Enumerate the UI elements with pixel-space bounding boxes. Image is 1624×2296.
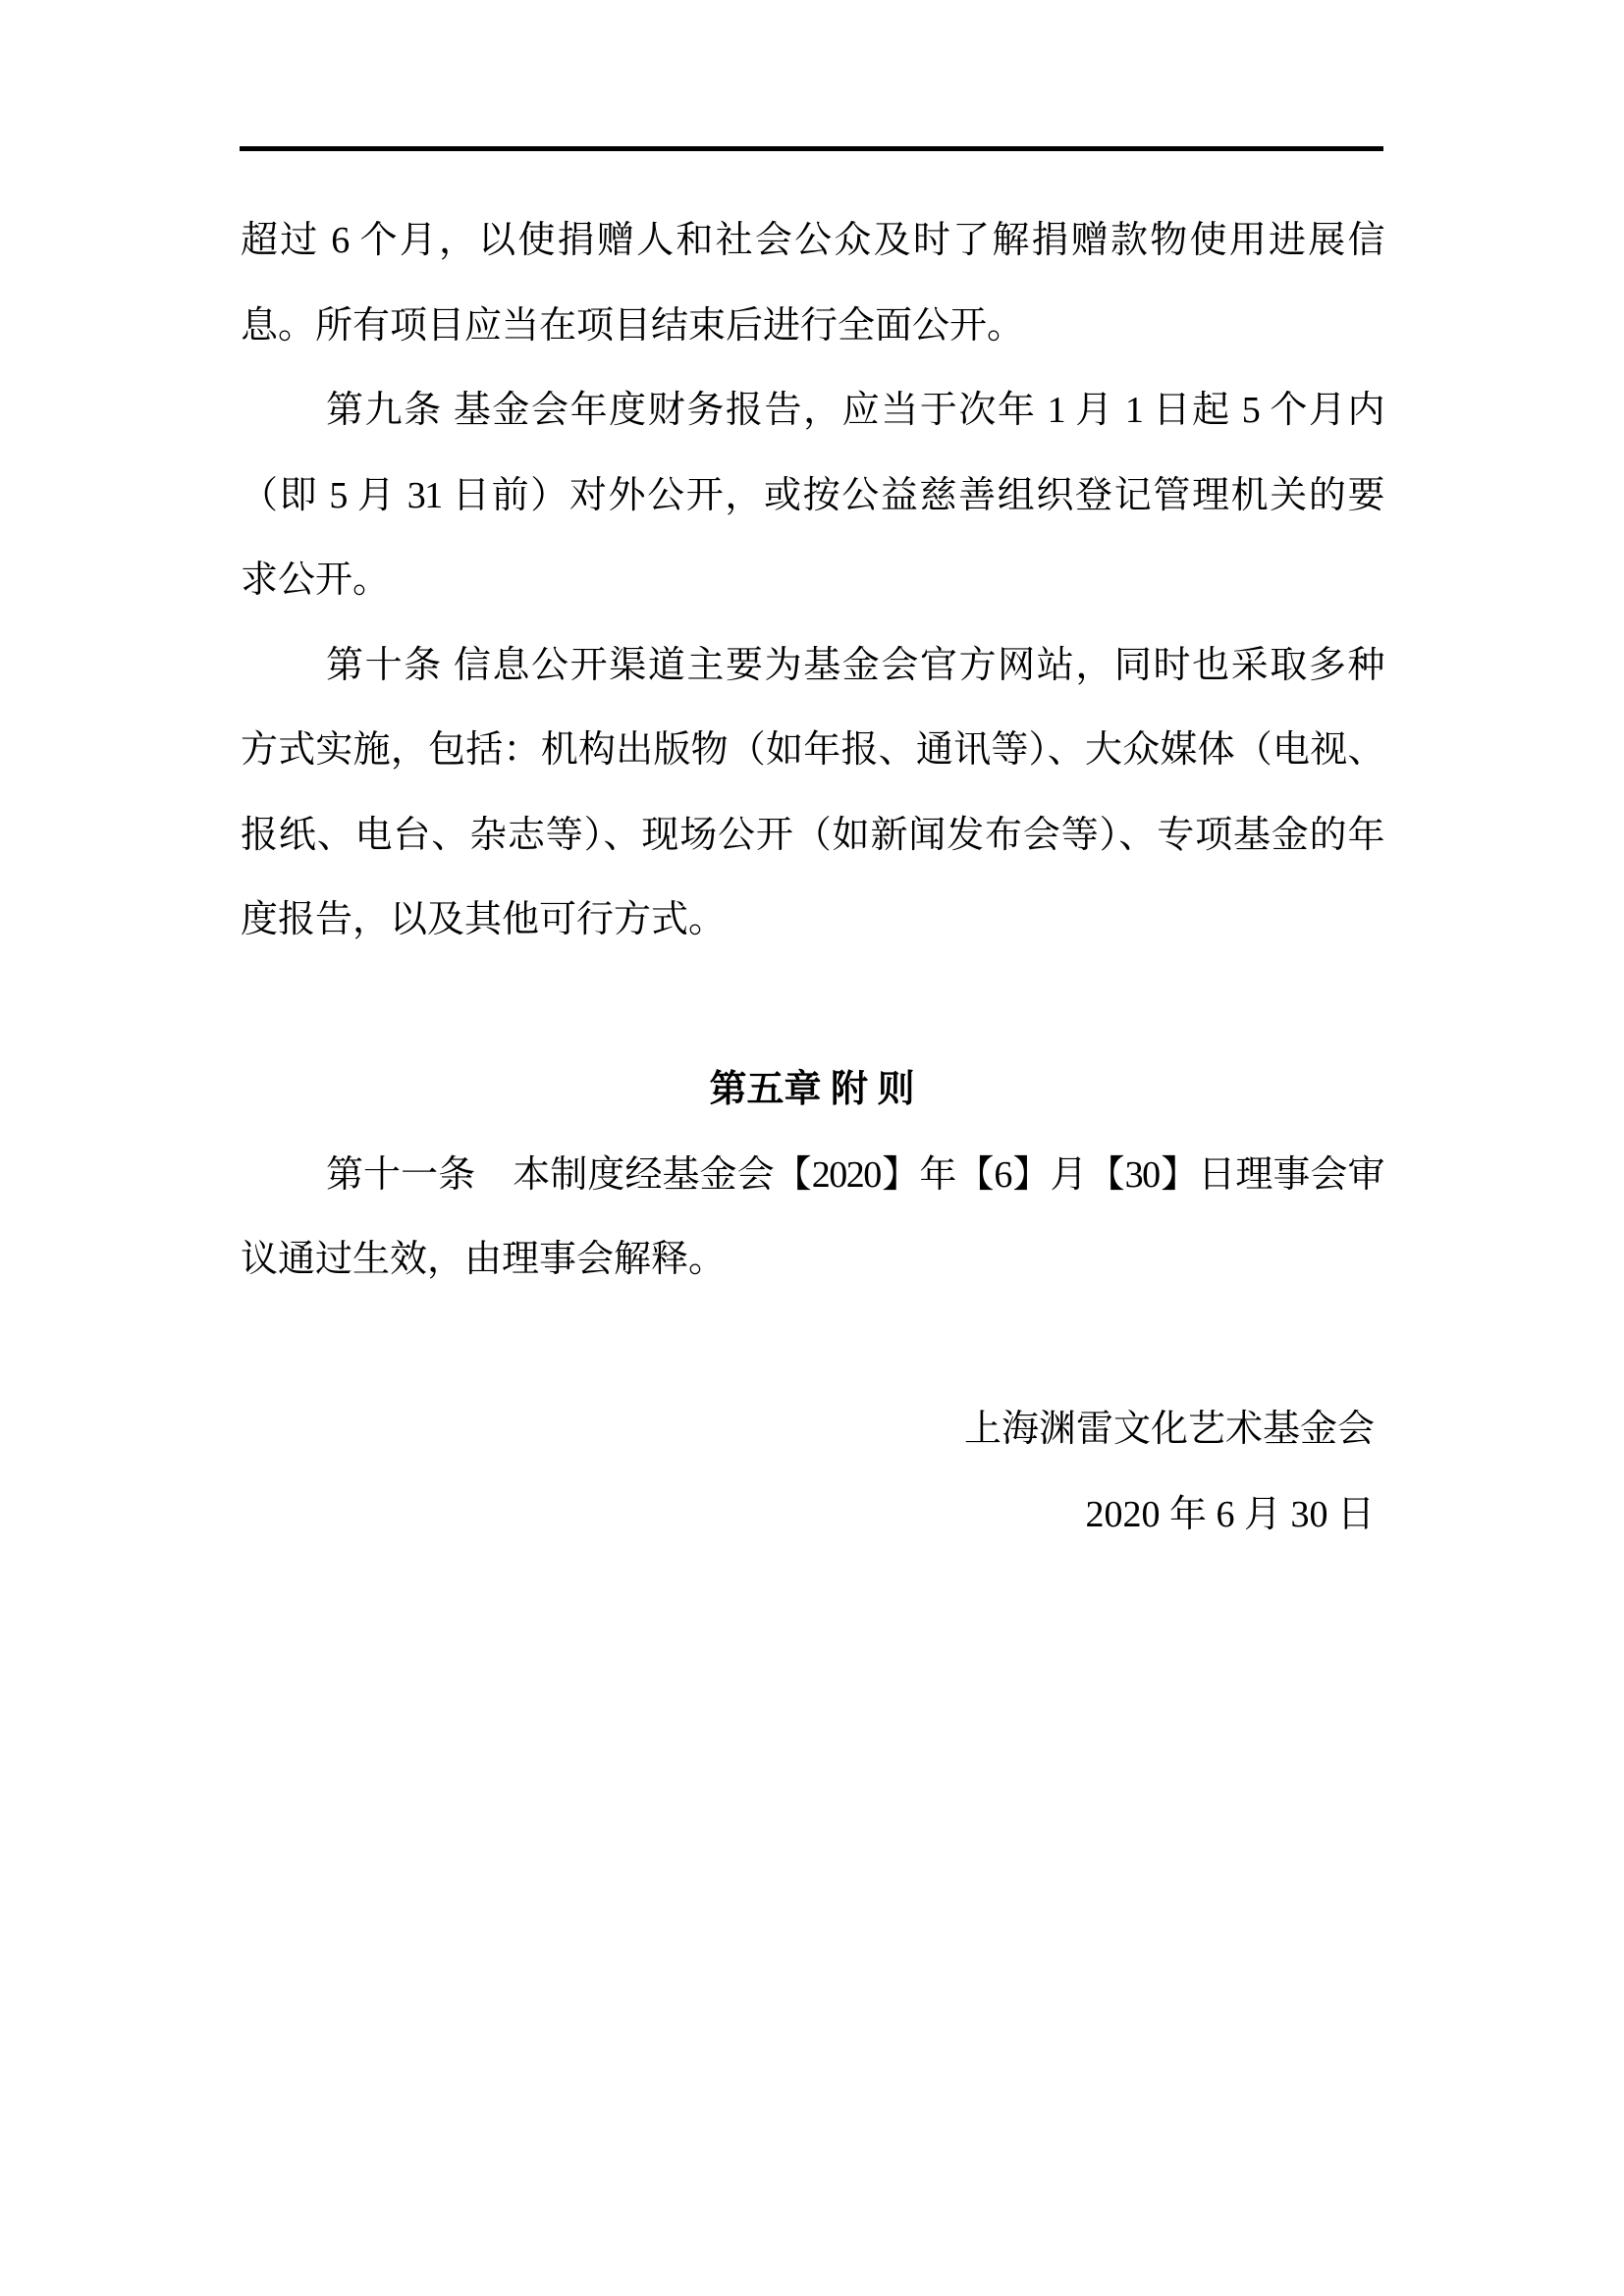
body-line: 超过 6 个月，以使捐赠人和社会公众及时了解捐赠款物使用进展信	[241, 198, 1383, 284]
document-page: 超过 6 个月，以使捐赠人和社会公众及时了解捐赠款物使用进展信 息。所有项目应当…	[0, 0, 1624, 2296]
chapter-heading: 第五章 附 则	[241, 1047, 1383, 1133]
article-11-line: 第十一条 本制度经基金会【2020】年【6】月【30】日理事会审	[241, 1133, 1383, 1218]
article-10-line: 度报告，以及其他可行方式。	[241, 878, 1383, 963]
article-9-line: 第九条 基金会年度财务报告，应当于次年 1 月 1 日起 5 个月内	[241, 368, 1383, 454]
header-rule	[240, 146, 1383, 151]
blank-line	[241, 1303, 1383, 1388]
article-11-line: 议通过生效，由理事会解释。	[241, 1217, 1383, 1303]
article-9-line: 求公开。	[241, 538, 1383, 623]
document-body: 超过 6 个月，以使捐赠人和社会公众及时了解捐赠款物使用进展信 息。所有项目应当…	[241, 198, 1383, 1557]
body-line: 息。所有项目应当在项目结束后进行全面公开。	[241, 284, 1383, 369]
article-9-line: （即 5 月 31 日前）对外公开，或按公益慈善组织登记管理机关的要	[241, 454, 1383, 539]
blank-line	[241, 963, 1383, 1048]
article-10-line: 第十条 信息公开渠道主要为基金会官方网站，同时也采取多种	[241, 623, 1383, 709]
article-10-line: 报纸、电台、杂志等）、现场公开（如新闻发布会等）、专项基金的年	[241, 793, 1383, 879]
date-line: 2020 年 6 月 30 日	[241, 1472, 1383, 1558]
signature-line: 上海渊雷文化艺术基金会	[241, 1387, 1383, 1472]
article-10-line: 方式实施，包括：机构出版物（如年报、通讯等）、大众媒体（电视、	[241, 708, 1383, 793]
